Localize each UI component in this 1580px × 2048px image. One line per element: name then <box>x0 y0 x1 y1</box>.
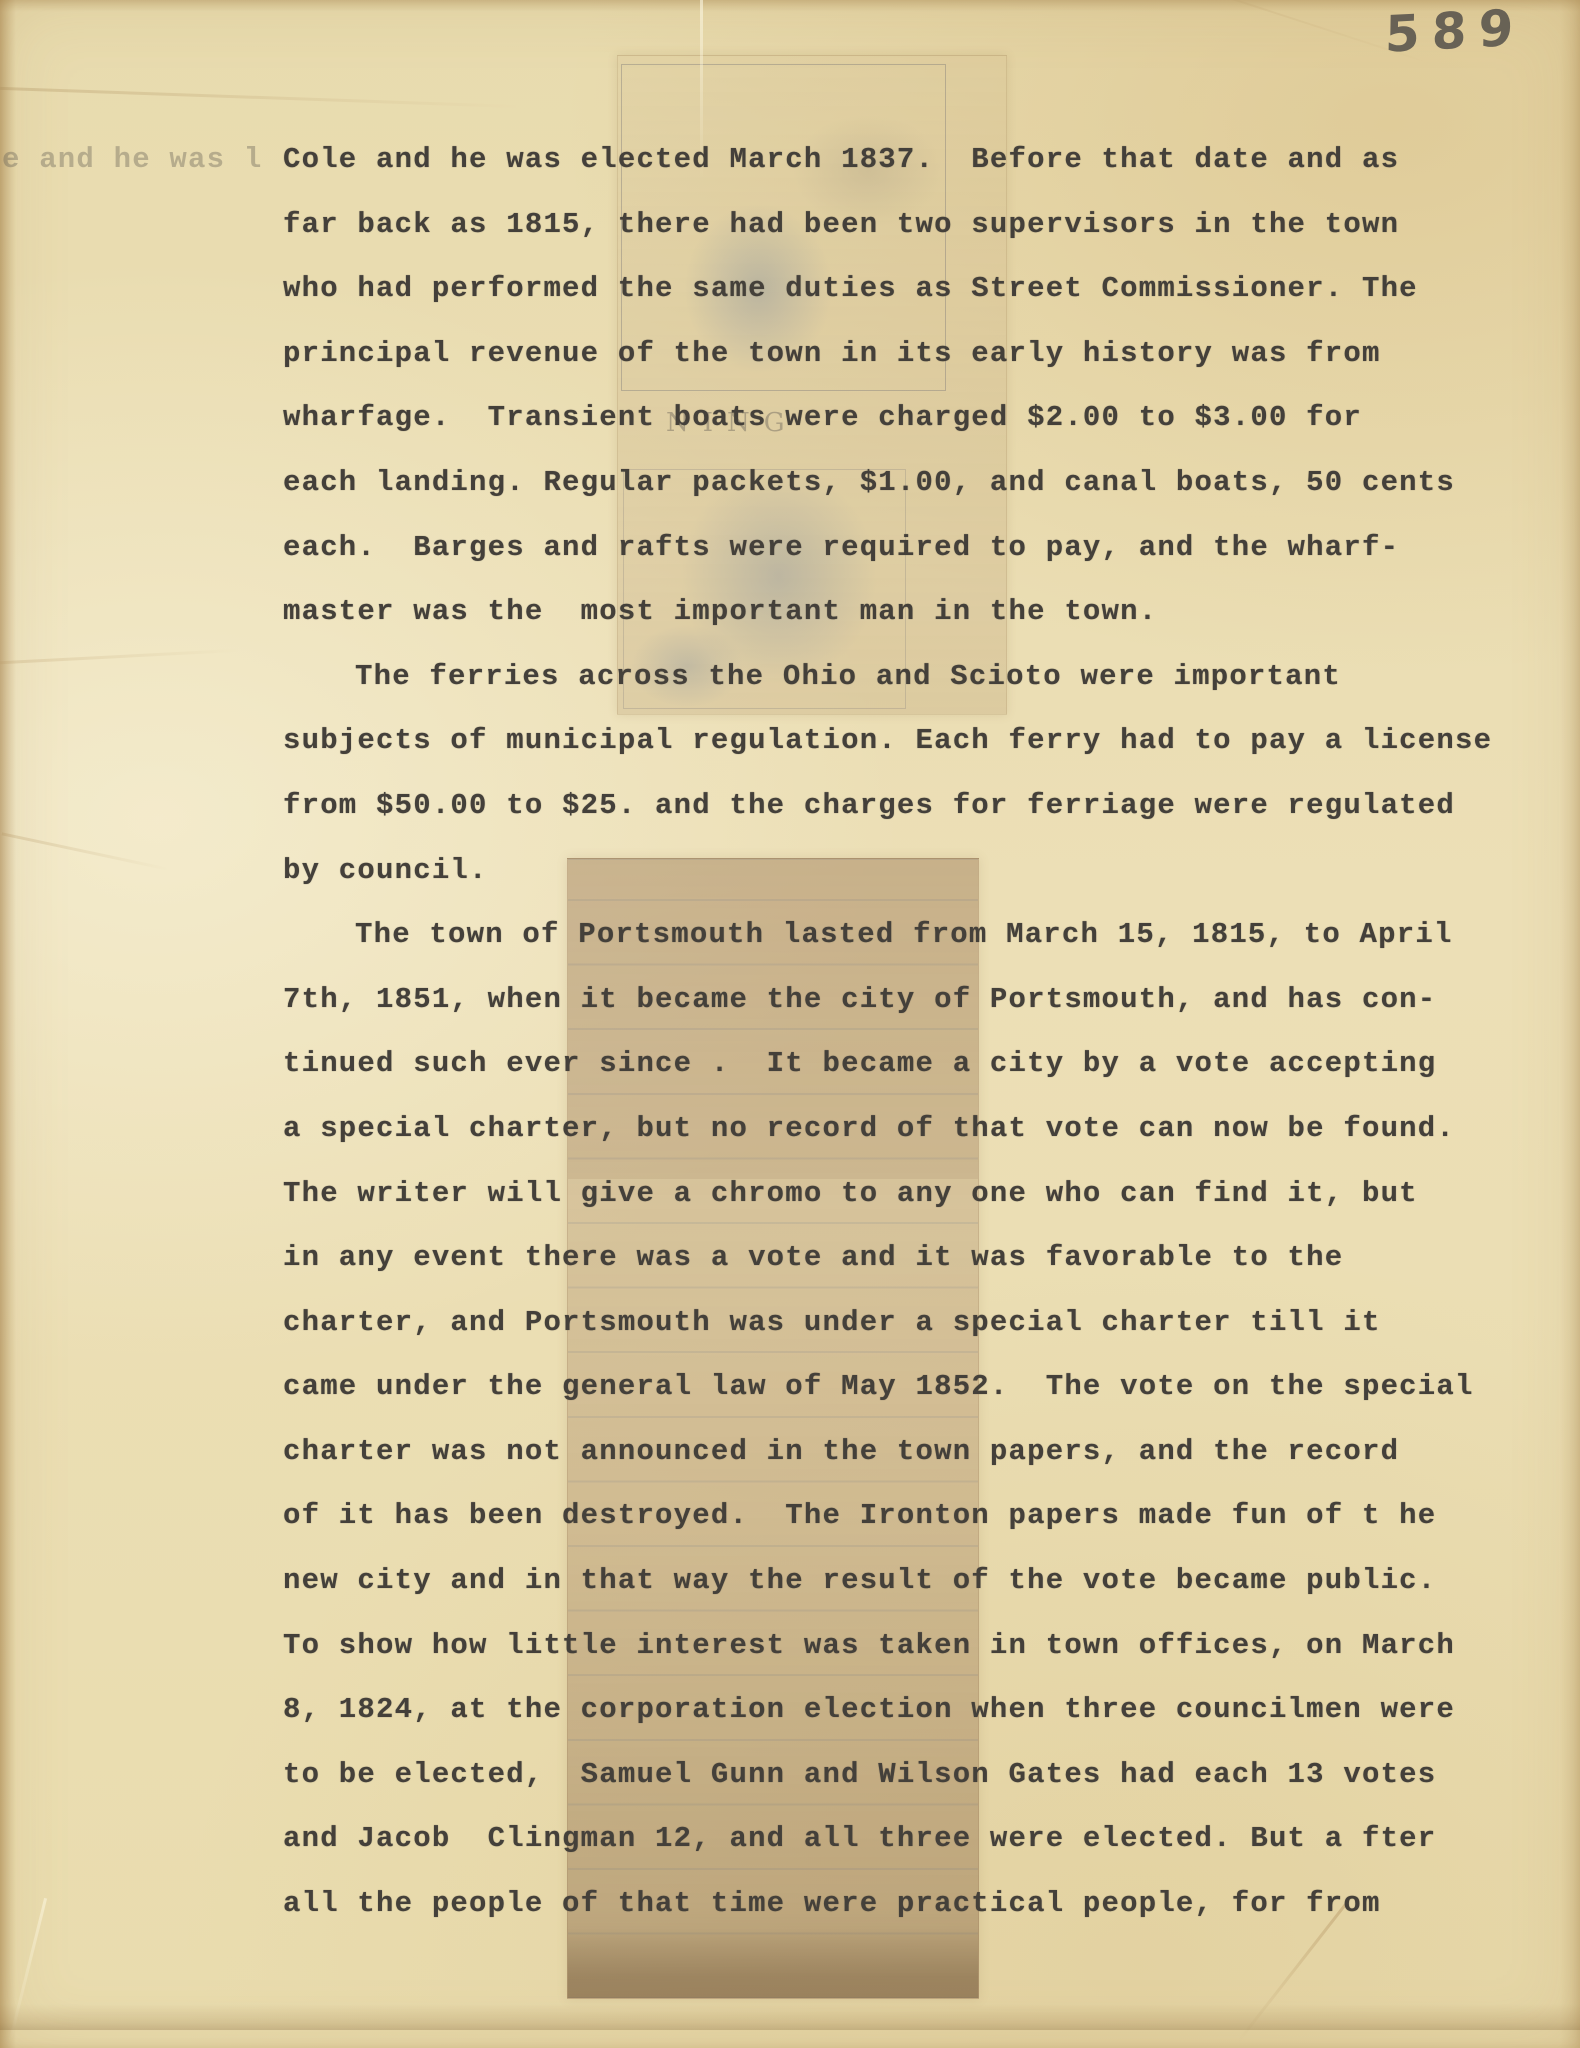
text-line: came under the general law of May 1852. … <box>283 1355 1503 1420</box>
text-line: 7th, 1851, when it became the city of Po… <box>283 968 1503 1033</box>
paper-edge-left <box>0 0 16 2048</box>
text-line: wharfage. Transient boats were charged $… <box>283 386 1503 451</box>
text-line: master was the most important man in the… <box>283 580 1503 645</box>
text-line: subjects of municipal regulation. Each f… <box>283 709 1503 774</box>
text-line: who had performed the same duties as Str… <box>283 257 1503 322</box>
torn-bottom-edge <box>0 2004 1580 2030</box>
text-line: in any event there was a vote and it was… <box>283 1226 1503 1291</box>
paper-crease <box>2 832 169 870</box>
clipping-shading <box>568 1928 978 1998</box>
paper-edge-top <box>0 0 1580 12</box>
text-line: a special charter, but no record of that… <box>283 1097 1503 1162</box>
typewritten-text: Cole and he was elected March 1837. Befo… <box>283 128 1503 1937</box>
paper-page: NING 589 e and he was l Cole and he was … <box>0 0 1580 2048</box>
text-line: tinued such ever since . It became a cit… <box>283 1032 1503 1097</box>
paper-crease <box>0 87 520 108</box>
text-line: charter was not announced in the town pa… <box>283 1420 1503 1485</box>
ghost-margin-text: e and he was l <box>2 128 262 193</box>
text-line: charter, and Portsmouth was under a spec… <box>283 1291 1503 1356</box>
text-line: The ferries across the Ohio and Scioto w… <box>283 645 1503 710</box>
text-line: The town of Portsmouth lasted from March… <box>283 903 1503 968</box>
scanned-document: { "page": { "page_number": "589", "ghost… <box>0 0 1580 2048</box>
text-line: each. Barges and rafts were required to … <box>283 516 1503 581</box>
text-line: from $50.00 to $25. and the charges for … <box>283 774 1503 839</box>
text-line: and Jacob Clingman 12, and all three wer… <box>283 1807 1503 1872</box>
text-line: new city and in that way the result of t… <box>283 1549 1503 1614</box>
text-line: Cole and he was elected March 1837. Befo… <box>283 128 1503 193</box>
text-line: The writer will give a chromo to any one… <box>283 1162 1503 1227</box>
paper-crease <box>0 649 240 665</box>
text-line: of it has been destroyed. The Ironton pa… <box>283 1484 1503 1549</box>
text-line: 8, 1824, at the corporation election whe… <box>283 1678 1503 1743</box>
text-line: by council. <box>283 839 1503 904</box>
text-line: to be elected, Samuel Gunn and Wilson Ga… <box>283 1743 1503 1808</box>
text-line: far back as 1815, there had been two sup… <box>283 193 1503 258</box>
text-line: principal revenue of the town in its ear… <box>283 322 1503 387</box>
text-line: each landing. Regular packets, $1.00, an… <box>283 451 1503 516</box>
text-line: To show how little interest was taken in… <box>283 1614 1503 1679</box>
text-line: all the people of that time were practic… <box>283 1872 1503 1937</box>
paper-edge-right <box>1560 0 1580 2048</box>
page-number-pencil: 589 <box>1385 0 1526 64</box>
